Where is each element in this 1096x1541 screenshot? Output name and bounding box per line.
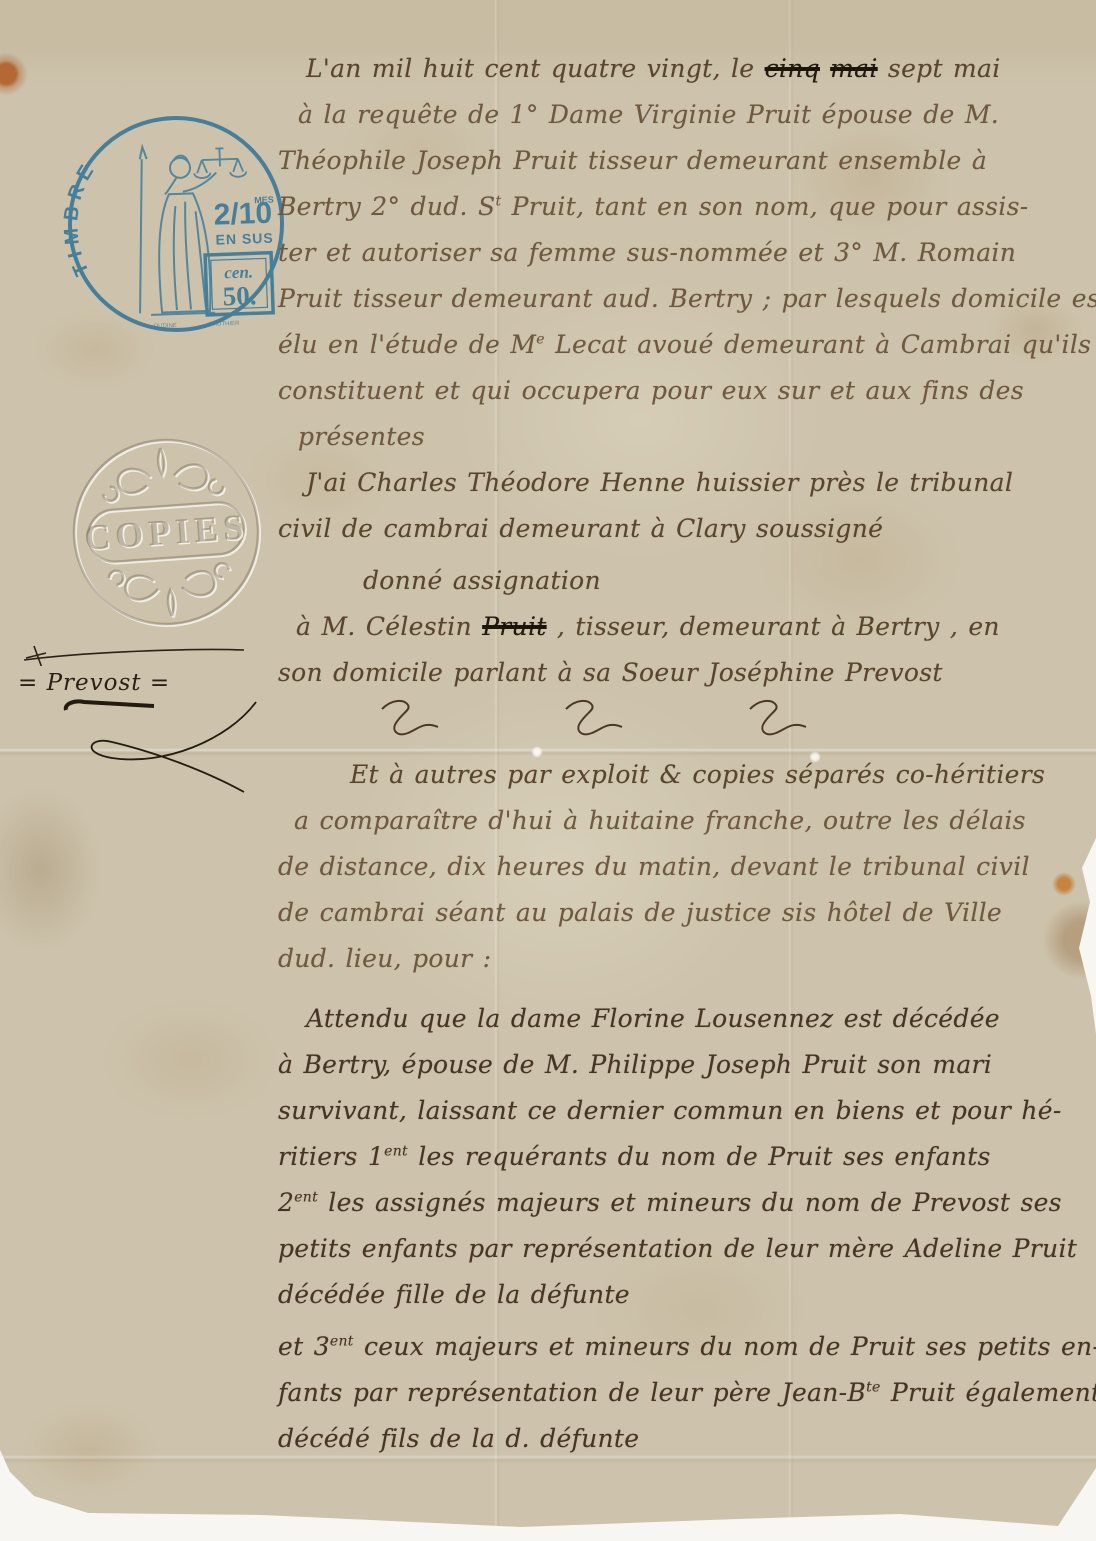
manuscript-line: de cambrai séant au palais de justice si… [278,890,1092,936]
manuscript-line: à la requête de 1° Dame Virginie Pruit é… [278,92,1092,138]
text-segment: Attendu que la dame Florine Lousennez es… [306,1004,1000,1033]
text-segment: J'ai Charles Théodore Henne huissier prè… [306,468,1013,497]
margin-rule-line [4,636,274,666]
manuscript-line: survivant, laissant ce dernier commun en… [278,1088,1092,1134]
manuscript-line: J'ai Charles Théodore Henne huissier prè… [278,460,1092,506]
text-segment: présentes [298,422,425,451]
text-segment: constituent et qui occupera pour eux sur… [278,376,1024,405]
separator-squiggle [562,697,628,741]
margin-annotation: = Prevost = [4,636,284,800]
stamp-timbre-text: TIMBRE [58,156,106,280]
text-segment: Bertry 2° dud. S [278,192,495,221]
scales-of-justice-icon [193,148,246,179]
text-segment: et 3 [278,1332,330,1361]
text-segment: e [536,332,545,348]
manuscript-line: son domicile parlant à sa Soeur Joséphin… [278,650,1092,696]
manuscript-line: présentes [278,414,1092,460]
manuscript-line: 2ent les assignés majeurs et mineurs du … [278,1180,1092,1226]
stamp-rate-text: 2/10 MES EN SUS [213,195,275,248]
struck-word: Pruit [482,612,546,641]
text-segment: 2 [278,1188,294,1217]
manuscript-text: L'an mil huit cent quatre vingt, le cinq… [278,46,1092,1462]
text-segment: , tisseur, demeurant à Bertry , en [547,612,1000,641]
manuscript-line: de distance, dix heures du matin, devant… [278,844,1092,890]
text-segment: à Bertry, épouse de M. Philippe Joseph P… [278,1050,992,1079]
text-segment: de distance, dix heures du matin, devant… [278,852,1030,881]
embossed-copies-seal: COPIES COPIES [59,425,272,638]
manuscript-line: à M. Célestin Pruit , tisseur, demeurant… [278,604,1092,650]
text-segment: L'an mil huit cent quatre vingt, le [306,54,765,83]
manuscript-line: Bertry 2° dud. St Pruit, tant en son nom… [278,184,1092,230]
text-segment: sept mai [878,54,1001,83]
manuscript-line: Pruit tisseur demeurant aud. Bertry ; pa… [278,276,1092,322]
text-segment: dud. lieu, pour : [278,944,491,973]
text-segment: ritiers 1 [278,1142,384,1171]
text-segment: Pruit également [881,1378,1096,1407]
text-segment: Et à autres par exploit & copies séparés… [350,760,1045,789]
text-segment: ter et autoriser sa femme sus-nommée et … [278,238,1016,267]
text-segment: les assignés majeurs et mineurs du nom d… [318,1188,1062,1217]
text-segment: te [866,1380,881,1396]
separator-squiggle [746,697,812,741]
manuscript-line: constituent et qui occupera pour eux sur… [278,368,1092,414]
manuscript-line: Et à autres par exploit & copies séparés… [278,752,1092,798]
text-segment: Pruit tisseur demeurant aud. Bertry ; pa… [278,284,1096,313]
manuscript-line: élu en l'étude de Me Lecat avoué demeura… [278,322,1092,368]
text-segment: petits enfants par représentation de leu… [278,1234,1077,1263]
flourish-row [278,696,1092,742]
text-segment: son domicile parlant à sa Soeur Joséphin… [278,658,943,687]
text-segment: survivant, laissant ce dernier commun en… [278,1096,1062,1125]
manuscript-line: et 3ent ceux majeurs et mineurs du nom d… [278,1324,1092,1370]
text-segment: les requérants du nom de Pruit ses enfan… [408,1142,991,1171]
separator-squiggle [378,697,444,741]
text-segment: décédé fils de la d. défunte [278,1424,639,1453]
manuscript-line: donné assignation [278,558,1092,604]
manuscript-line: Attendu que la dame Florine Lousennez es… [278,996,1092,1042]
manuscript-line: décédé fils de la d. défunte [278,1416,1092,1462]
svg-text:MES: MES [254,195,274,206]
revenue-stamp: TIMBRE [54,102,298,346]
text-segment: à la requête de 1° Dame Virginie Pruit é… [298,100,999,129]
text-segment: à M. Célestin [296,612,482,641]
text-segment: ent [294,1190,318,1206]
text-segment: de cambrai séant au palais de justice si… [278,898,1002,927]
manuscript-line: ter et autoriser sa femme sus-nommée et … [278,230,1092,276]
text-segment: ceux majeurs et mineurs du nom de Pruit … [354,1332,1096,1361]
text-segment: ent [330,1334,354,1350]
manuscript-line: fants par représentation de leur père Je… [278,1370,1092,1416]
text-segment: Pruit, tant en son nom, que pour assis- [501,192,1028,221]
text-segment: ent [384,1144,408,1160]
svg-text:VAUTHIER: VAUTHIER [209,321,240,328]
manuscript-line: Théophile Joseph Pruit tisseur demeurant… [278,138,1092,184]
text-segment: fants par représentation de leur père Je… [278,1378,866,1407]
svg-text:50.: 50. [222,280,257,311]
text-segment: élu en l'étude de M [278,330,536,359]
manuscript-line: dud. lieu, pour : [278,936,1092,982]
seal-text: COPIES [83,506,249,557]
scanned-document-page: { "document": { "kind_label": "Acte d'hu… [0,0,1096,1541]
svg-text:EN SUS: EN SUS [215,230,274,248]
aged-paper-sheet: TIMBRE [0,0,1096,1541]
manuscript-line: civil de cambrai demeurant à Clary souss… [278,506,1092,552]
struck-word: cinq [765,54,820,83]
manuscript-line: petits enfants par représentation de leu… [278,1226,1092,1272]
text-segment [820,54,830,83]
manuscript-line: décédée fille de la défunte [278,1272,1092,1318]
text-segment: a comparaître d'hui à huitaine franche, … [294,806,1026,835]
text-segment: Théophile Joseph Pruit tisseur demeurant… [278,146,987,175]
svg-text:OUDINE: OUDINE [153,323,177,330]
struck-word: mai [830,54,878,83]
svg-text:cen.: cen. [224,262,253,282]
manuscript-line: à Bertry, épouse de M. Philippe Joseph P… [278,1042,1092,1088]
text-segment: Lecat avoué demeurant à Cambrai qu'ils [545,330,1091,359]
text-segment: donné assignation [363,566,601,595]
manuscript-line: a comparaître d'hui à huitaine franche, … [278,798,1092,844]
text-segment: décédée fille de la défunte [278,1280,630,1309]
margin-paraph-flourish [4,696,274,796]
manuscript-line: L'an mil huit cent quatre vingt, le cinq… [278,46,1092,92]
margin-note-name: = Prevost = [4,670,284,696]
text-segment: civil de cambrai demeurant à Clary souss… [278,514,883,543]
manuscript-line: ritiers 1ent les requérants du nom de Pr… [278,1134,1092,1180]
